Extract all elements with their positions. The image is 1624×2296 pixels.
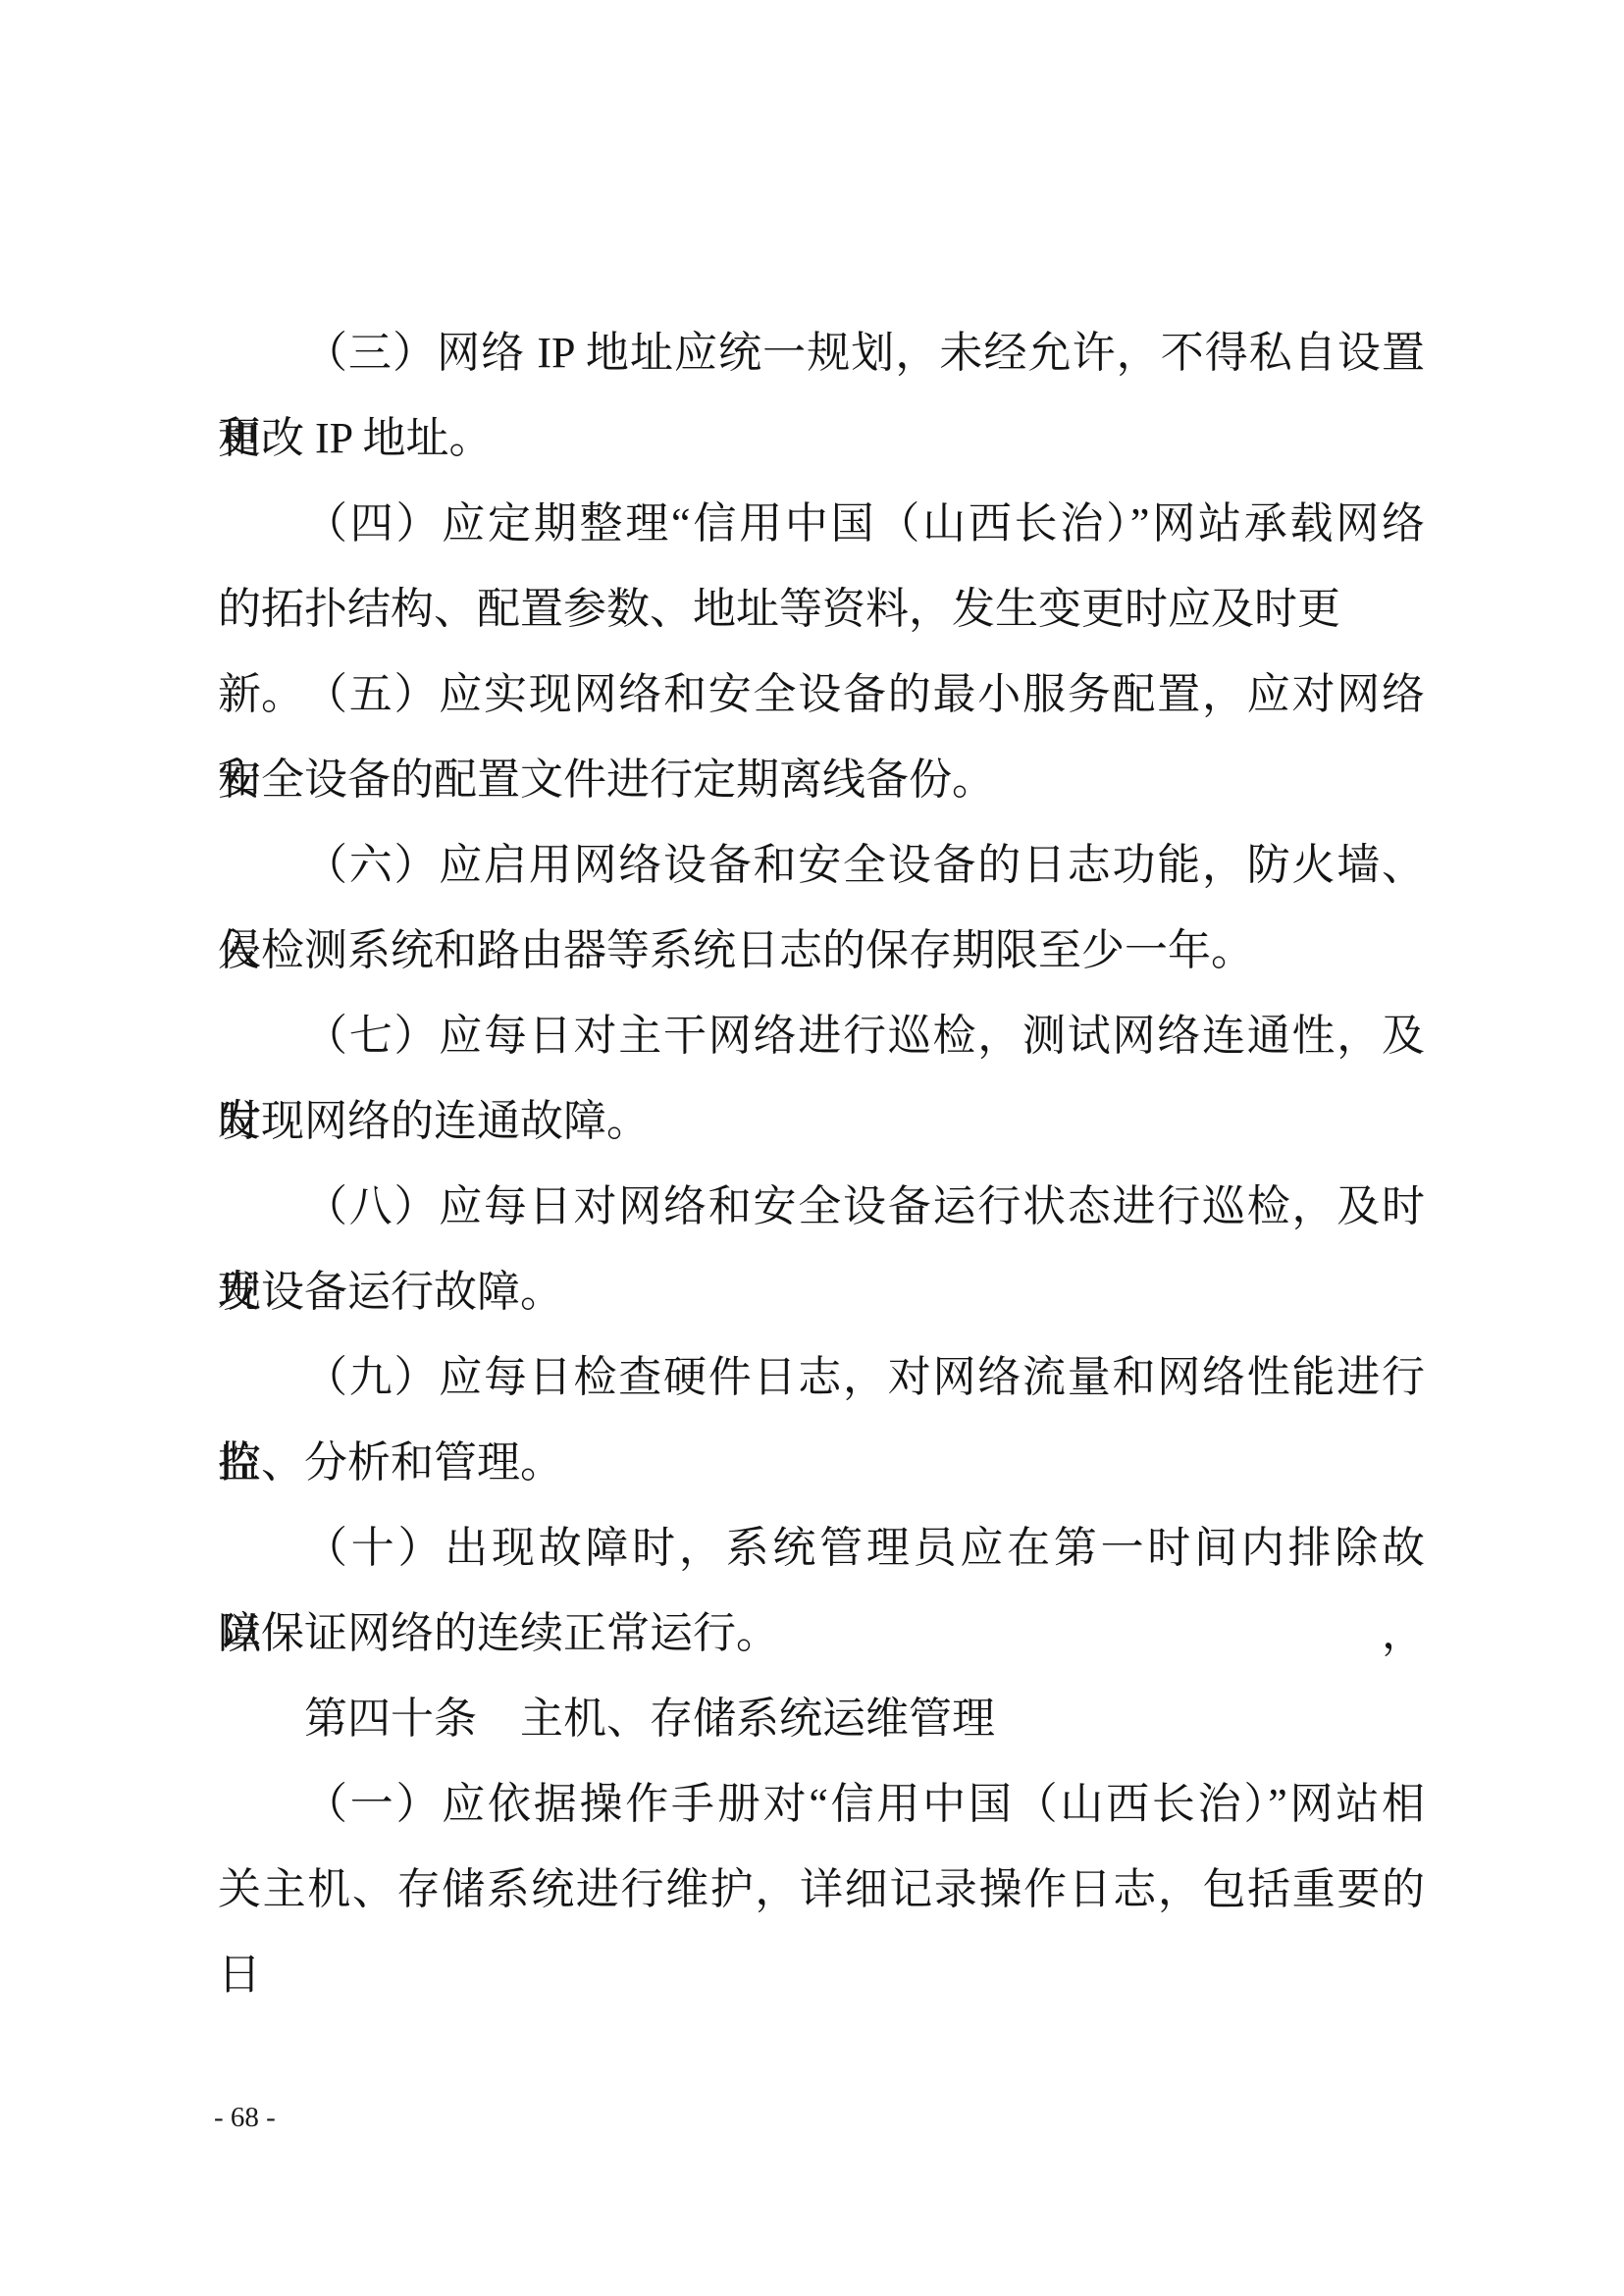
paragraph-line: （六）应启用网络设备和安全设备的日志功能，防火墙、入	[218, 822, 1425, 908]
paragraph-line: 侵检测系统和路由器等系统日志的保存期限至少一年。	[218, 908, 1425, 993]
paragraph-line: （一）应依据操作手册对“信用中国（山西长治）”网站相	[218, 1761, 1425, 1847]
paragraph-line: 安全设备的配置文件进行定期离线备份。	[218, 737, 1425, 822]
paragraph-line: （八）应每日对网络和安全设备运行状态进行巡检，及时发	[218, 1164, 1425, 1249]
document-body-text: （三）网络 IP 地址应统一规划，未经允许，不得私自设置和更改 IP 地址。（四…	[218, 310, 1425, 1932]
paragraph-line: 更改 IP 地址。	[218, 395, 1425, 481]
paragraph-line: （四）应定期整理“信用中国（山西长治）”网站承载网络	[218, 481, 1425, 566]
paragraph-line: （五）应实现网络和安全设备的最小服务配置，应对网络和	[218, 652, 1425, 737]
paragraph-line: （九）应每日检查硬件日志，对网络流量和网络性能进行监	[218, 1334, 1425, 1420]
article-heading-line: 第四十条 主机、存储系统运维管理	[218, 1676, 1425, 1761]
paragraph-line: （三）网络 IP 地址应统一规划，未经允许，不得私自设置和	[218, 310, 1425, 395]
paragraph-line: 现设备运行故障。	[218, 1249, 1425, 1334]
document-page: （三）网络 IP 地址应统一规划，未经允许，不得私自设置和更改 IP 地址。（四…	[0, 0, 1624, 2296]
paragraph-line: 的拓扑结构、配置参数、地址等资料，发生变更时应及时更新。	[218, 566, 1425, 652]
paragraph-line: 控、分析和管理。	[218, 1420, 1425, 1505]
paragraph-line: 关主机、存储系统进行维护，详细记录操作日志，包括重要的日	[218, 1847, 1425, 1932]
paragraph-line: （十）出现故障时，系统管理员应在第一时间内排除故障，	[218, 1505, 1425, 1591]
paragraph-line: 发现网络的连通故障。	[218, 1078, 1425, 1164]
paragraph-line: （七）应每日对主干网络进行巡检，测试网络连通性，及时	[218, 993, 1425, 1078]
page-number: - 68 -	[214, 2102, 276, 2134]
